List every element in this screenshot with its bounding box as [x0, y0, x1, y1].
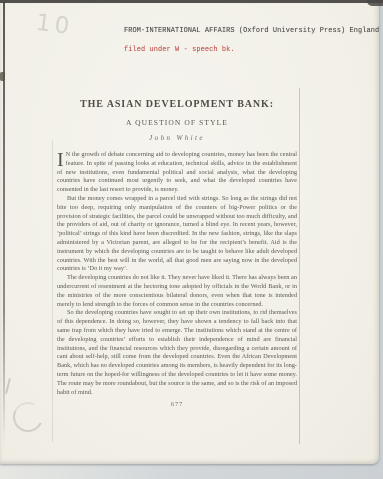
article-paragraph: IN the growth of debate concerning aid t… — [57, 151, 297, 195]
article-clipping: THE ASIAN DEVELOPMENT BANK: A QUESTION O… — [57, 99, 297, 408]
page-number: 677 — [57, 401, 297, 408]
clipping-edge-right — [299, 88, 300, 444]
pencil-mark: 10 — [35, 10, 75, 40]
clipping-edge-left — [52, 140, 53, 442]
scan-edge-corner — [367, 0, 383, 6]
article-paragraph: So the developing countries have sought … — [57, 309, 297, 397]
source-stamp: FROM-INTERNATIONAL AFFAIRS (Oxford Unive… — [124, 27, 379, 35]
filing-stamp: filed under W - speech bk. — [124, 46, 235, 54]
scanned-document: { "colors": { "paper": "#f2f0e8", "scan_… — [0, 0, 383, 479]
drop-cap: I — [57, 151, 66, 168]
article-paragraph: The developing countries do not like it.… — [57, 274, 297, 309]
article-subtitle: A QUESTION OF STYLE — [57, 118, 297, 127]
scan-edge-nick — [0, 72, 5, 81]
article-paragraph: But the money comes wrapped in a parcel … — [57, 195, 297, 274]
article-body: IN the growth of debate concerning aid t… — [57, 151, 297, 397]
scan-edge-left — [3, 2, 5, 444]
article-author: John White — [57, 134, 297, 142]
article-title: THE ASIAN DEVELOPMENT BANK: — [57, 99, 297, 110]
scan-edge-top — [0, 0, 383, 3]
